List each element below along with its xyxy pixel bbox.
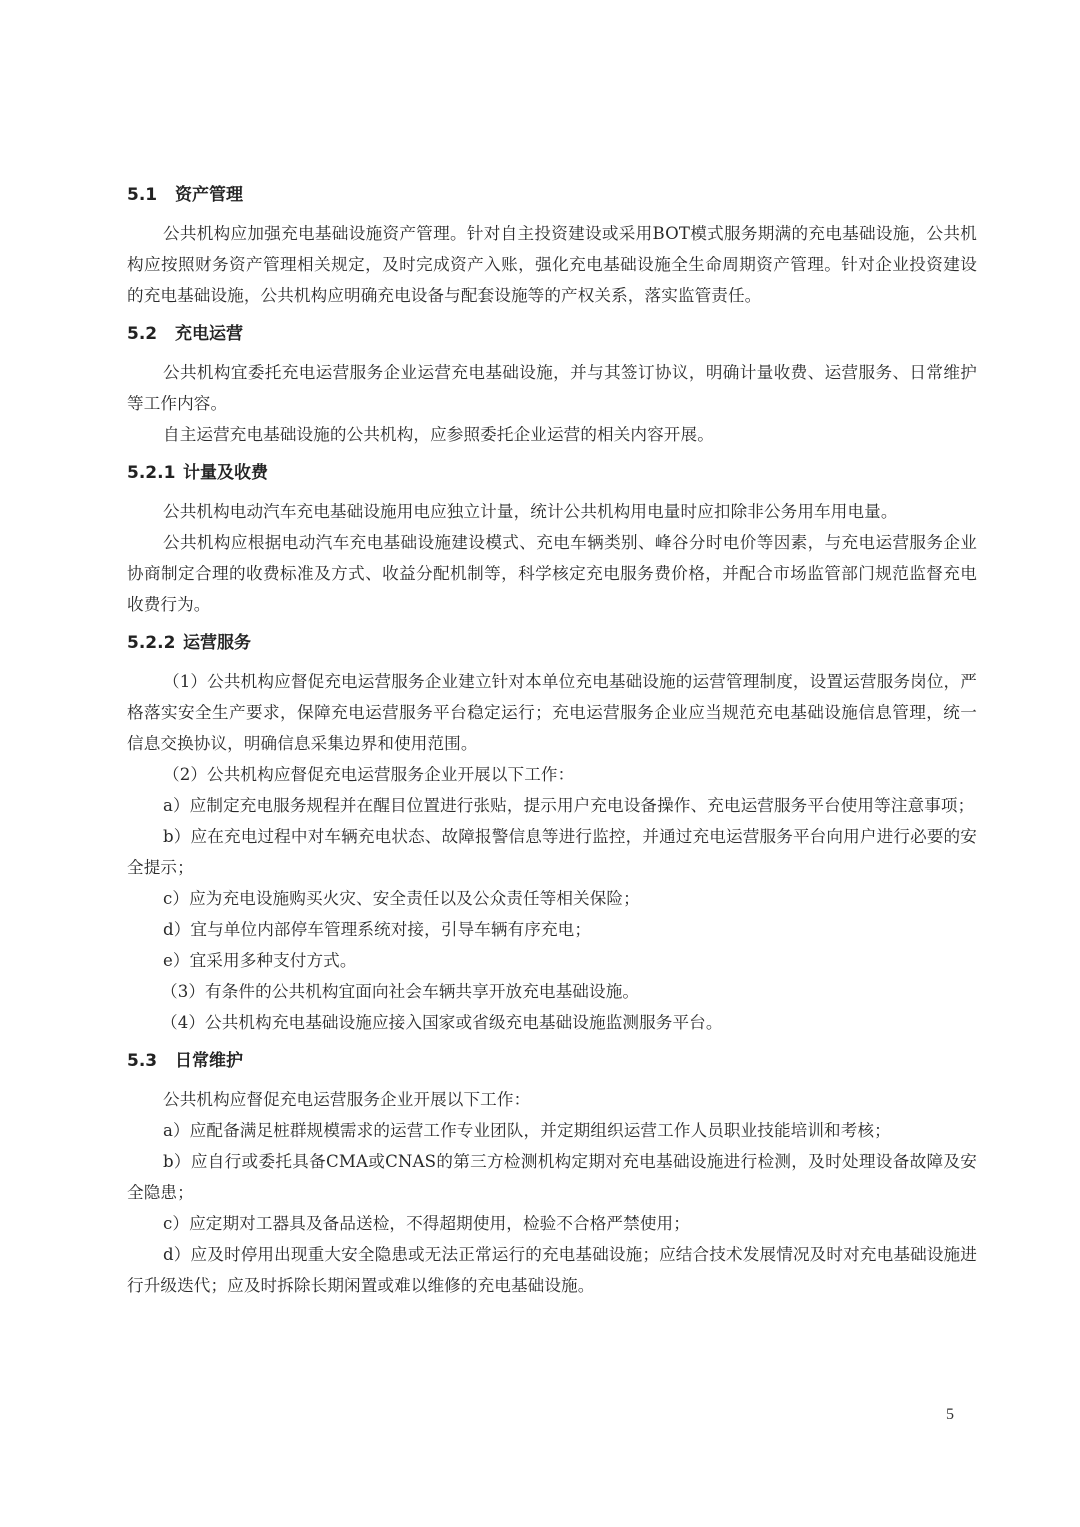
list-item: （3）有条件的公共机构宜面向社会车辆共享开放充电基础设施。 bbox=[127, 976, 977, 1007]
section-5-2-2: 5.2.2运营服务 （1）公共机构应督促充电运营服务企业建立针对本单位充电基础设… bbox=[127, 626, 977, 1038]
section-5-2: 5.2充电运营 公共机构宜委托充电运营服务企业运营充电基础设施，并与其签订协议，… bbox=[127, 317, 977, 450]
section-heading: 5.2充电运营 bbox=[127, 317, 977, 351]
list-item: a）应配备满足桩群规模需求的运营工作专业团队，并定期组织运营工作人员职业技能培训… bbox=[127, 1115, 977, 1146]
list-item: d）宜与单位内部停车管理系统对接，引导车辆有序充电； bbox=[127, 914, 977, 945]
section-heading: 5.3日常维护 bbox=[127, 1044, 977, 1078]
subsection-heading: 5.2.2运营服务 bbox=[127, 626, 977, 660]
list-item: b）应自行或委托具备CMA或CNAS的第三方检测机构定期对充电基础设施进行检测，… bbox=[127, 1146, 977, 1208]
paragraph: 公共机构电动汽车充电基础设施用电应独立计量，统计公共机构用电量时应扣除非公务用车… bbox=[127, 496, 977, 527]
list-item: a）应制定充电服务规程并在醒目位置进行张贴，提示用户充电设备操作、充电运营服务平… bbox=[127, 790, 977, 821]
list-item: （4）公共机构充电基础设施应接入国家或省级充电基础设施监测服务平台。 bbox=[127, 1007, 977, 1038]
paragraph: 公共机构应根据电动汽车充电基础设施建设模式、充电车辆类别、峰谷分时电价等因素，与… bbox=[127, 527, 977, 620]
list-item: c）应定期对工器具及备品送检，不得超期使用，检验不合格严禁使用； bbox=[127, 1208, 977, 1239]
subsection-heading: 5.2.1计量及收费 bbox=[127, 456, 977, 490]
section-5-1: 5.1资产管理 公共机构应加强充电基础设施资产管理。针对自主投资建设或采用BOT… bbox=[127, 178, 977, 311]
list-item: d）应及时停用出现重大安全隐患或无法正常运行的充电基础设施；应结合技术发展情况及… bbox=[127, 1239, 977, 1301]
list-item: c）应为充电设施购买火灾、安全责任以及公众责任等相关保险； bbox=[127, 883, 977, 914]
section-5-2-1: 5.2.1计量及收费 公共机构电动汽车充电基础设施用电应独立计量，统计公共机构用… bbox=[127, 456, 977, 620]
list-item: e）宜采用多种支付方式。 bbox=[127, 945, 977, 976]
list-item: b）应在充电过程中对车辆充电状态、故障报警信息等进行监控，并通过充电运营服务平台… bbox=[127, 821, 977, 883]
page-number: 5 bbox=[946, 1406, 954, 1424]
paragraph: 公共机构宜委托充电运营服务企业运营充电基础设施，并与其签订协议，明确计量收费、运… bbox=[127, 357, 977, 419]
paragraph: 公共机构应加强充电基础设施资产管理。针对自主投资建设或采用BOT模式服务期满的充… bbox=[127, 218, 977, 311]
paragraph: 公共机构应督促充电运营服务企业开展以下工作： bbox=[127, 1084, 977, 1115]
section-heading: 5.1资产管理 bbox=[127, 178, 977, 212]
section-5-3: 5.3日常维护 公共机构应督促充电运营服务企业开展以下工作： a）应配备满足桩群… bbox=[127, 1044, 977, 1301]
list-item: （1）公共机构应督促充电运营服务企业建立针对本单位充电基础设施的运营管理制度，设… bbox=[127, 666, 977, 759]
paragraph: 自主运营充电基础设施的公共机构，应参照委托企业运营的相关内容开展。 bbox=[127, 419, 977, 450]
list-item: （2）公共机构应督促充电运营服务企业开展以下工作： bbox=[127, 759, 977, 790]
document-page: 5.1资产管理 公共机构应加强充电基础设施资产管理。针对自主投资建设或采用BOT… bbox=[127, 178, 977, 1307]
